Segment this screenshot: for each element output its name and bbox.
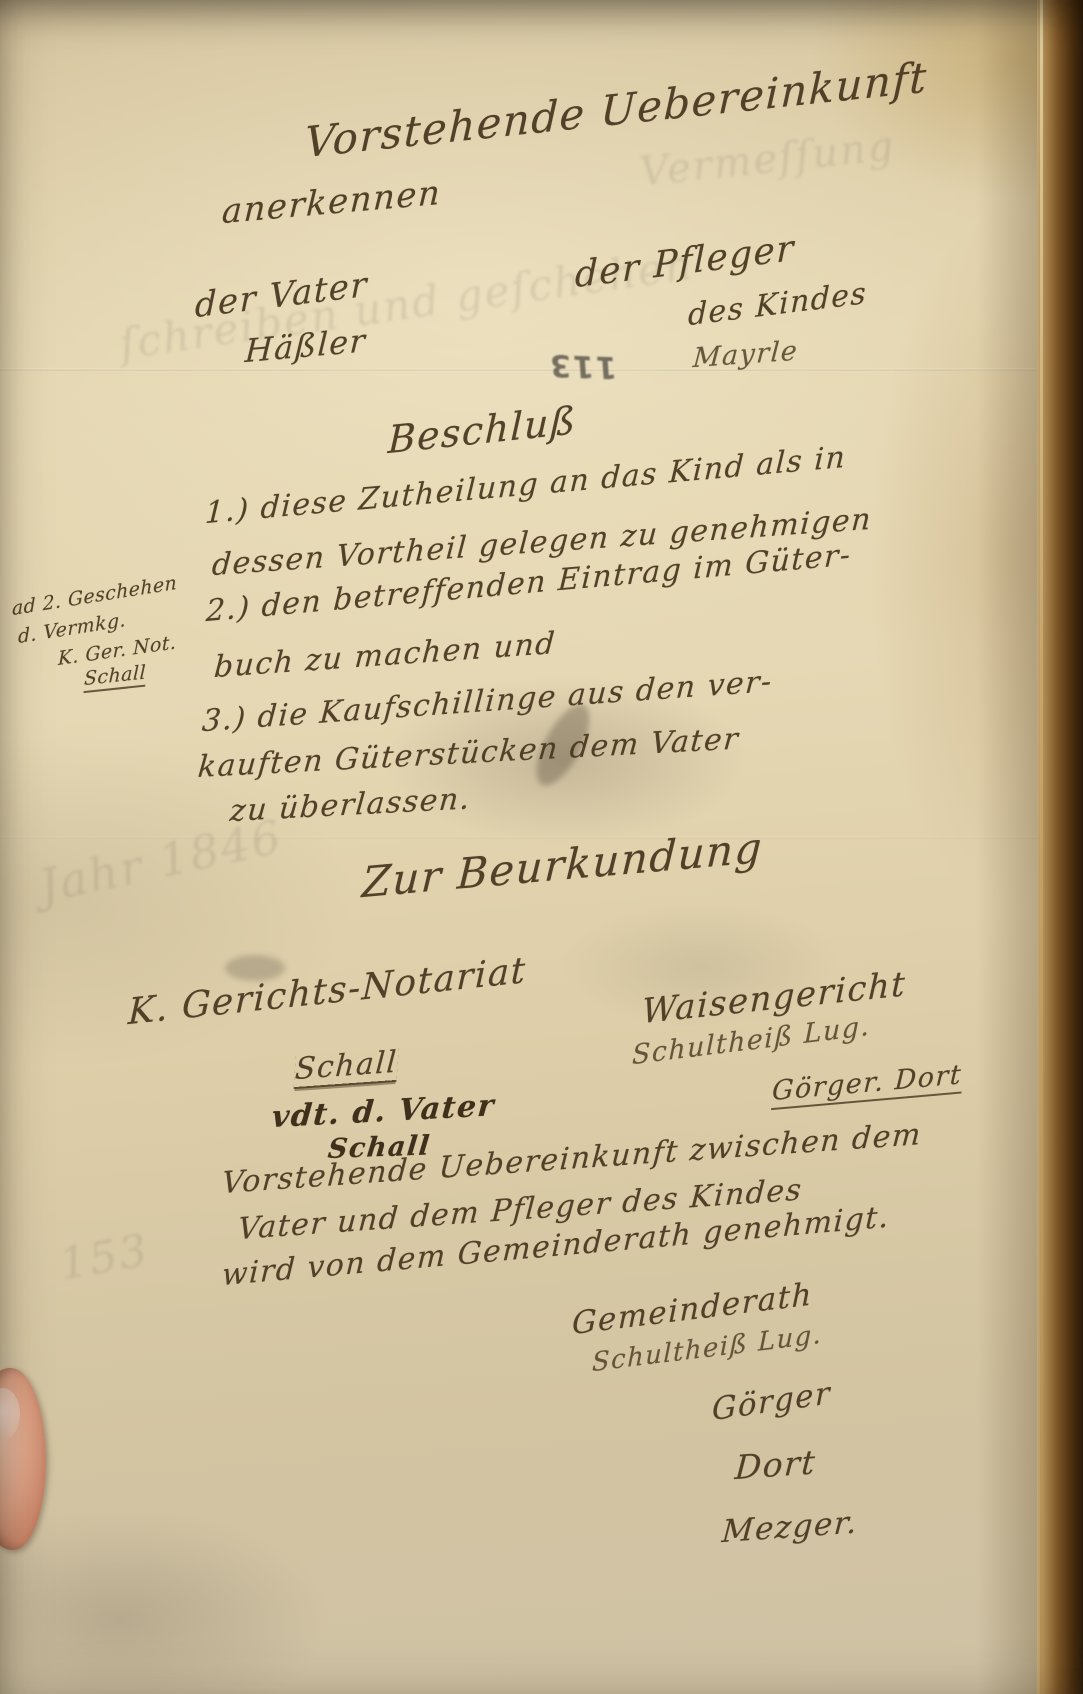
photo-vignette (0, 0, 1083, 1694)
manuscript-scan: ſchreiben und geſchehen Jahr 1846 Vermeſ… (0, 0, 1083, 1694)
